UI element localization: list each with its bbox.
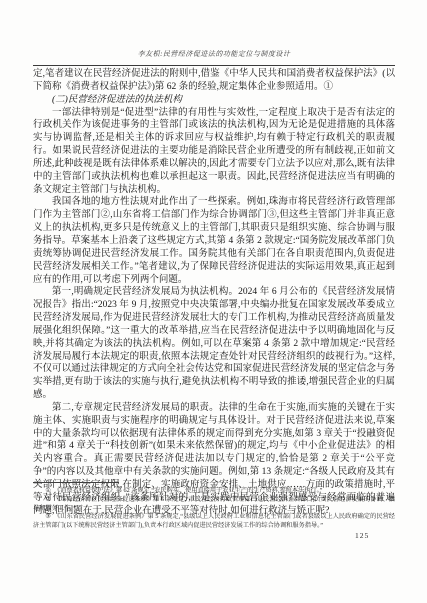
footnote-item: ③《山东省民营经济发展促进条例》第 5 条规定,“县级以上人民政府工业和信息化主…	[33, 513, 395, 531]
footnote-marker: ②	[45, 496, 51, 503]
footnote-marker: ①	[45, 487, 51, 494]
footnote-divider	[33, 482, 119, 483]
footnote-item: ②《珠海经济特区民营经济促进条例》第 5 条规定,“市民营经济行政管理部门是民营…	[33, 496, 395, 514]
footnote-item: ①《消费者权益保护法》第 62 条规定,“农民购买、使用直接用于农业生产的生产资…	[33, 487, 395, 496]
body-paragraph-continuation: 定,笔者建议在民营经济促进法的附则中,借鉴《中华人民共和国消费者权益保护法》(以…	[33, 68, 395, 94]
footnote-text: 《山东省民营经济发展促进条例》第 5 条规定,“县级以上人民政府工业和信息化主管…	[33, 513, 395, 529]
page-number: 125	[355, 531, 369, 540]
body-paragraph: 第一,明确规定民营经济发展局为执法机构。2024 年 6 月公布的《民营经济发展…	[33, 286, 395, 402]
section-subheading: (二)民营经济促进法的执法机构	[33, 94, 395, 107]
footnote-marker: ③	[45, 513, 51, 520]
footnote-text: 《珠海经济特区民营经济促进条例》第 5 条规定,“市民营经济行政管理部门是民营经…	[33, 496, 395, 512]
footnotes-block: ①《消费者权益保护法》第 62 条规定,“农民购买、使用直接用于农业生产的生产资…	[33, 487, 395, 531]
running-header-title: 李友根:民营经济促进法的功能定位与制度设计	[33, 49, 395, 59]
article-body: 定,笔者建议在民营经济促进法的附则中,借鉴《中华人民共和国消费者权益保护法》(以…	[33, 68, 395, 518]
body-paragraph: 我国各地的地方性法规对此作出了一些探索。例如,珠海市将民营经济行政管理部门作为主…	[33, 196, 395, 286]
journal-article-page: 李友根:民营经济促进法的功能定位与制度设计 定,笔者建议在民营经济促进法的附则中…	[0, 0, 427, 603]
body-paragraph: 一部法律特别是“促进型”法律的有用性与实效性,一定程度上取决于是否有法定的行政机…	[33, 107, 395, 197]
header-divider	[33, 65, 395, 66]
footnote-text: 《消费者权益保护法》第 62 条规定,“农民购买、使用直接用于农业生产的生产资料…	[54, 487, 322, 494]
